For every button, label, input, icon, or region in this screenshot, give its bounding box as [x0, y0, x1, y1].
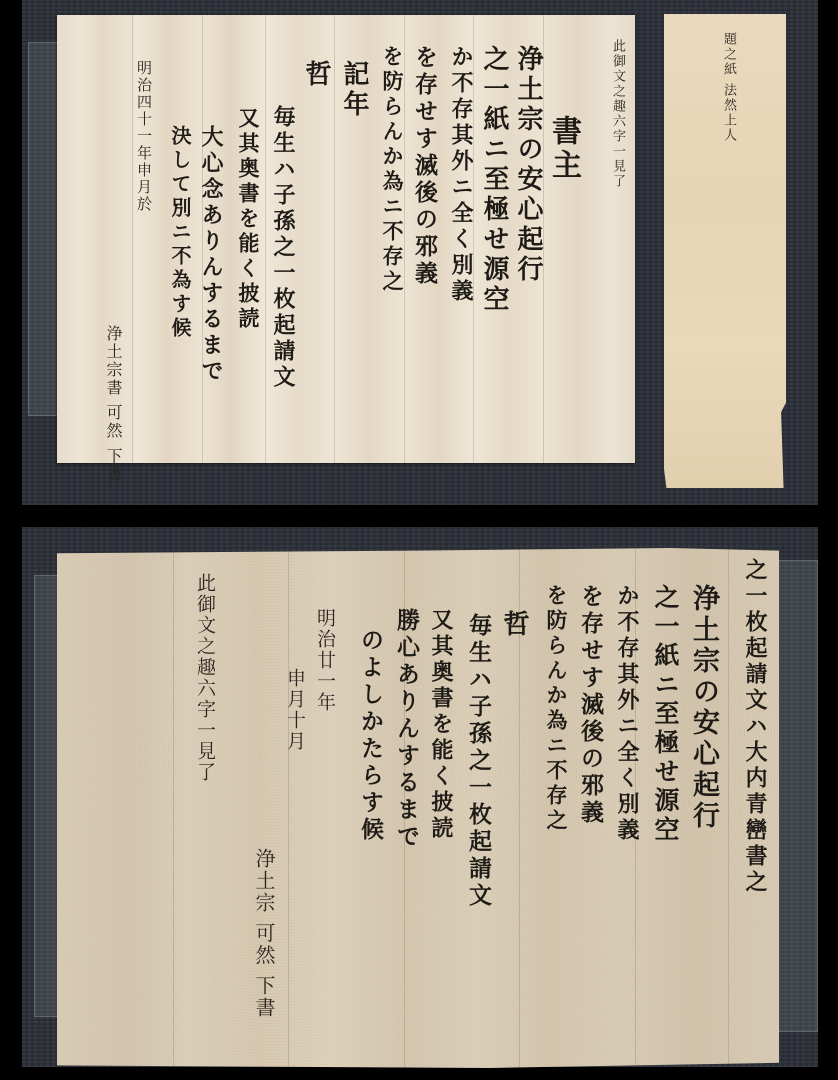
top-letter: 此御文之趣六字一見了 書主 浄土宗の安心起行 之一紙ニ至極せ源空 か不存其外ニ全… [57, 15, 635, 463]
top-col-7: を防らんか為ニ不存之 [377, 45, 407, 295]
bottom-col-2: 浄土宗の安心起行 [684, 584, 723, 832]
bottom-col-13: 申月十月 [282, 668, 309, 752]
top-col-12: 大心念ありんするまで [196, 125, 227, 385]
bottom-col-3: 之一紙ニ至極せ源空 [647, 584, 683, 845]
bottom-band [0, 1067, 838, 1080]
bottom-col-14: 浄土宗 可然 下書 [250, 848, 279, 1019]
bottom-col-9: 又其奥書を能く披読 [426, 608, 457, 842]
bottom-col-10: 勝心ありんするまで [390, 608, 423, 851]
envelope-text: 題之紙 法然上人 [719, 32, 738, 143]
bottom-col-8: 毎生ハ子孫之一枚起請文 [462, 613, 495, 910]
top-col-14: 明治四十一年申月於 [134, 60, 155, 213]
top-col-3: 浄土宗の安心起行 [510, 45, 547, 285]
bottom-col-12: 明治廿一年 [312, 608, 339, 713]
envelope-strip: 題之紙 法然上人 [664, 14, 786, 488]
top-col-4: 之一紙ニ至極せ源空 [476, 45, 513, 315]
top-col-15: 浄土宗書 可然 下書 [102, 325, 125, 483]
bottom-col-1: 之一枚起請文ハ大内青巒書之 [740, 558, 771, 896]
top-col-10: 毎生ハ子孫之一枚起請文 [268, 105, 299, 391]
bottom-col-7: 哲 [496, 610, 533, 640]
top-col-6: を存せす滅後の邪義 [408, 45, 441, 288]
separator-band [0, 505, 838, 527]
top-col-9: 哲 [298, 60, 335, 90]
bottom-col-6: を防らんか為ニ不存之 [541, 584, 571, 834]
top-col-1: 此御文之趣六字一見了 [608, 39, 627, 189]
bottom-col-4: か不存其外ニ全く別義 [612, 584, 643, 844]
glass-clip-left-top [28, 42, 60, 416]
top-col-11: 又其奥書を能く披読 [233, 107, 263, 332]
top-col-2: 書主 [541, 115, 585, 183]
top-col-5: か不存其外ニ全く別義 [446, 45, 477, 305]
top-col-13: 決して別ニ不為す候 [166, 125, 195, 341]
top-col-8: 記年 [336, 60, 373, 120]
bottom-col-5: を存せす滅後の邪義 [574, 584, 607, 827]
bottom-letter: 之一枚起請文ハ大内青巒書之 浄土宗の安心起行 之一紙ニ至極せ源空 か不存其外ニ全… [57, 548, 779, 1068]
bottom-col-11: のよしかたらす候 [354, 628, 387, 844]
bottom-col-15: 此御文之趣六字一見了 [192, 573, 219, 783]
